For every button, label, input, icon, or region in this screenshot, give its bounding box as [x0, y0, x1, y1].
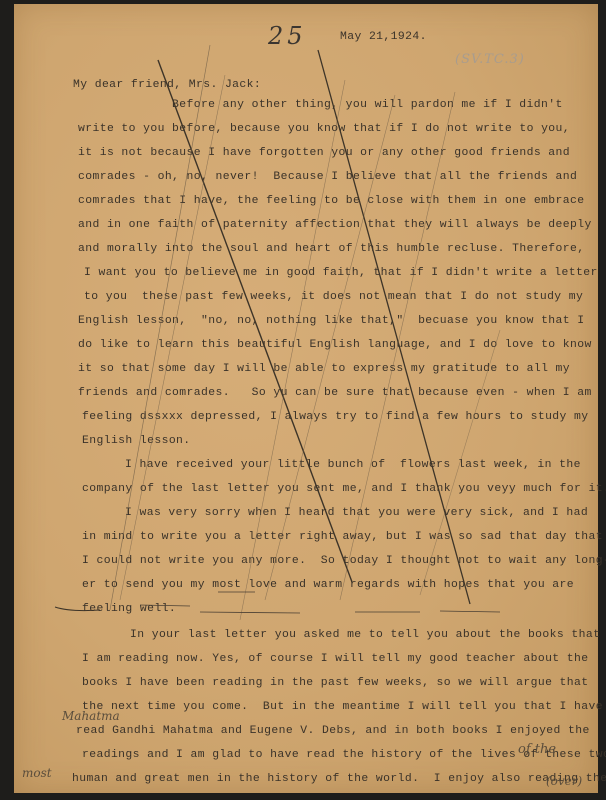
- letter-line: it is not because I have forgotten you o…: [78, 146, 570, 160]
- handwritten-of-the: of the: [518, 742, 556, 757]
- letter-line: the next time you come. But in the meant…: [82, 700, 603, 714]
- letter-line: I am reading now. Yes, of course I will …: [82, 652, 588, 666]
- page-number: 25: [268, 22, 307, 50]
- letter-line: I could not write you any more. So today…: [82, 554, 606, 568]
- letter-line: comrades that I have, the feeling to be …: [78, 194, 584, 208]
- letter-line: In your last letter you asked me to tell…: [130, 628, 600, 642]
- letter-line: Before any other thing, you will pardon …: [172, 98, 563, 112]
- letter-line: in mind to write you a letter right away…: [82, 530, 603, 544]
- letter-line: I was very sorry when I heard that you w…: [125, 506, 588, 520]
- letter-line: feeling well.: [82, 602, 176, 616]
- letter-line: friends and comrades. So yu can be sure …: [78, 386, 592, 400]
- letter-line: I want you to believe me in good faith, …: [84, 266, 598, 280]
- letter-line: I have received your little bunch of flo…: [125, 458, 581, 472]
- letter-line: comrades - oh, no, never! Because I beli…: [78, 170, 577, 184]
- archive-reference: (SV.TC.3): [455, 52, 525, 67]
- letter-line: human and great men in the history of th…: [72, 772, 606, 786]
- letter-date: May 21,1924.: [340, 30, 427, 44]
- letter-line: books I have been reading in the past fe…: [82, 676, 588, 690]
- letter-line: write to you before, because you know th…: [78, 122, 570, 136]
- letter-line: to you these past few weeks, it does not…: [84, 290, 583, 304]
- handwritten-mahatma: Mahatma: [62, 709, 120, 723]
- letter-line: feeling dssxxx depressed, I always try t…: [82, 410, 588, 424]
- handwritten-over: (over): [546, 774, 582, 788]
- salutation: My dear friend, Mrs. Jack:: [73, 78, 261, 92]
- letter-line: English lesson, "no, no, nothing like th…: [78, 314, 584, 328]
- letter-line: and morally into the soul and heart of t…: [78, 242, 584, 256]
- letter-line: do like to learn this beautiful English …: [78, 338, 592, 352]
- letter-line: it so that some day I will be able to ex…: [78, 362, 570, 376]
- letter-line: company of the last letter you sent me, …: [82, 482, 606, 496]
- handwritten-most: most: [22, 766, 52, 780]
- letter-line: and in one faith of paternity affection …: [78, 218, 592, 232]
- letter-line: er to send you my most love and warm reg…: [82, 578, 574, 592]
- letter-line: English lesson.: [82, 434, 191, 448]
- letter-line: read Gandhi Mahatma and Eugene V. Debs, …: [76, 724, 590, 738]
